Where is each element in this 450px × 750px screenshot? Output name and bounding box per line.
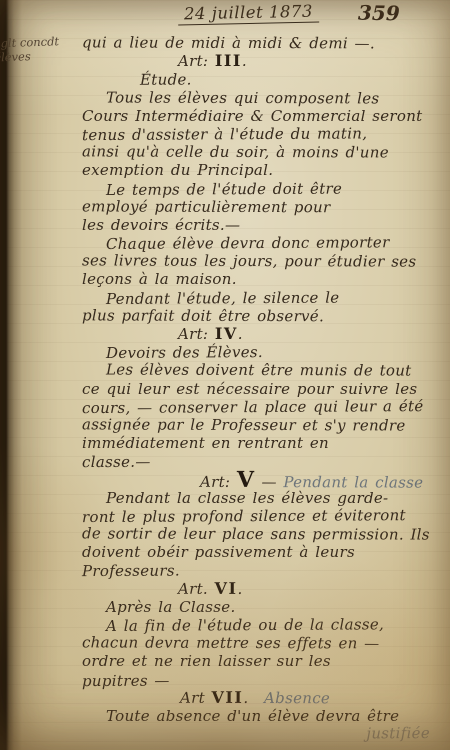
text-segment: pupitres — [82, 671, 170, 690]
text-segment: III [215, 51, 242, 70]
text-segment: leçons à la maison. [82, 270, 237, 288]
text-segment: tenus d'assister à l'étude du matin, [82, 124, 367, 144]
text-segment: immédiatement en rentrant en [82, 434, 329, 452]
text-segment: ainsi qu'à celle du soir, à moins d'une [82, 142, 389, 161]
text-segment: de sortir de leur place sans permission.… [82, 524, 430, 543]
manuscript-line: Cours Intermédiaire & Commercial seront [82, 107, 442, 125]
manuscript-line: doivent obéir passivement à leurs [82, 543, 442, 561]
manuscript-line: Pendant l'étude, le silence le [82, 288, 442, 308]
text-segment: Art [180, 688, 212, 706]
text-segment: Art. [178, 579, 215, 597]
text-segment: ordre et ne rien laisser sur les [82, 652, 331, 670]
text-segment: . [242, 52, 247, 70]
manuscript-line: exemption du Principal. [82, 161, 442, 179]
text-segment: Le temps de l'étude doit être [106, 179, 342, 198]
text-segment: . [243, 689, 264, 707]
manuscript-line: ce qui leur est nécessaire pour suivre l… [82, 380, 442, 398]
text-segment: Étude. [140, 71, 192, 89]
text-segment: V [237, 466, 255, 492]
manuscript-line: Le temps de l'étude doit être [82, 178, 442, 198]
text-segment: Pendant l'étude, le silence le [106, 288, 340, 307]
date-heading: 24 juillet 1873 [178, 2, 319, 26]
text-segment: doivent obéir passivement à leurs [82, 543, 355, 561]
manuscript-line: justifiée [82, 724, 442, 744]
manuscript-line: A la fin de l'étude ou de la classe, [82, 615, 442, 635]
text-segment: cours, — conserver la place qui leur a é… [82, 397, 424, 417]
manuscript-line: les devoirs écrits.— [82, 216, 442, 234]
binding-edge [0, 0, 22, 750]
text-segment: Pendant la classe [283, 473, 423, 491]
text-segment: VII [211, 688, 243, 707]
manuscript-line: ainsi qu'à celle du soir, à moins d'une [82, 142, 442, 161]
text-segment: Art: [178, 325, 215, 343]
manuscript-line: Art VII. Absence [82, 688, 442, 707]
manuscript-line: Toute absence d'un élève devra être [82, 707, 442, 725]
text-segment: classe.— [82, 453, 151, 471]
text-segment: Art: [200, 472, 237, 490]
manuscript-line: Art: III. [82, 52, 442, 70]
text-segment: Devoirs des Élèves. [106, 343, 263, 362]
manuscript-line: de sortir de leur place sans permission.… [82, 524, 442, 543]
text-segment: Les élèves doivent être munis de tout [106, 361, 412, 380]
text-segment: ce qui leur est nécessaire pour suivre l… [82, 380, 417, 398]
text-segment: Chaque élève devra donc emporter [106, 233, 390, 253]
manuscript-line: Professeurs. [82, 560, 442, 580]
manuscript-line: Les élèves doivent être munis de tout [82, 361, 442, 380]
text-segment: VI [215, 578, 238, 597]
page-number: 359 [358, 1, 400, 26]
text-segment: Art: [178, 52, 215, 70]
text-segment: ses livres tous les jours, pour étudier … [82, 252, 416, 271]
manuscript-line: leçons à la maison. [82, 270, 442, 288]
text-segment: Après la Classe. [106, 598, 236, 616]
margin-note: églt concdt élèves [0, 35, 78, 65]
manuscript-line: qui a lieu de midi à midi & demi —. [82, 33, 442, 52]
text-segment: qui a lieu de midi à midi & demi —. [82, 33, 375, 52]
text-segment: plus parfait doit être observé. [82, 306, 324, 325]
manuscript-line: classe.— [82, 451, 442, 471]
manuscript-line: employé particulièrement pour [82, 197, 442, 216]
text-segment: Toute absence d'un élève devra être [106, 707, 399, 725]
manuscript-line: ront le plus profond silence et éviteron… [82, 506, 442, 526]
margin-note-line-2: élèves [0, 48, 78, 64]
manuscript-line: Devoirs des Élèves. [82, 342, 442, 362]
text-segment: ront le plus profond silence et éviteron… [82, 506, 406, 526]
text-segment: IV [215, 324, 238, 343]
text-segment: Tous les élèves qui composent les [106, 88, 379, 107]
manuscript-line: Après la Classe. [82, 598, 442, 616]
manuscript-line: Chaque élève devra donc emporter [82, 233, 442, 253]
manuscript-line: Tous les élèves qui composent les [82, 88, 442, 107]
manuscript-line: ordre et ne rien laisser sur les [82, 652, 442, 670]
manuscript-line: chacun devra mettre ses effets en — [82, 634, 442, 653]
manuscript-line: Art: V — Pendant la classe [82, 470, 442, 489]
manuscript-line: assignée par le Professeur et s'y rendre [82, 415, 442, 434]
text-segment: chacun devra mettre ses effets en — [82, 634, 380, 653]
manuscript-line: Étude. [82, 69, 442, 89]
manuscript-line: pupitres — [82, 669, 442, 689]
manuscript-line: immédiatement en rentrant en [82, 434, 442, 452]
text-segment: . [237, 580, 242, 598]
manuscript-line: cours, — conserver la place qui leur a é… [82, 397, 442, 417]
text-segment: les devoirs écrits.— [82, 216, 240, 234]
manuscript-line: Art: IV. [82, 325, 442, 343]
manuscript-line: ses livres tous les jours, pour étudier … [82, 252, 442, 271]
manuscript-line: Art. VI. [82, 579, 442, 598]
text-segment: employé particulièrement pour [82, 197, 331, 216]
text-segment: Cours Intermédiaire & Commercial seront [82, 107, 423, 125]
text-segment: A la fin de l'étude ou de la classe, [106, 615, 384, 635]
manuscript-page: 24 juillet 1873 359 églt concdt élèves q… [0, 0, 450, 750]
text-segment: . [238, 325, 243, 343]
manuscript-line: tenus d'assister à l'étude du matin, [82, 124, 442, 144]
text-segment: assignée par le Professeur et s'y rendre [82, 415, 406, 434]
text-segment: — [255, 472, 284, 490]
text-segment: Professeurs. [82, 562, 180, 581]
manuscript-line: plus parfait doit être observé. [82, 306, 442, 325]
text-segment: justifiée [366, 724, 430, 742]
text-segment: exemption du Principal. [82, 161, 273, 179]
manuscript-body: qui a lieu de midi à midi & demi —.Art: … [82, 34, 442, 743]
text-segment: Absence [264, 689, 330, 707]
